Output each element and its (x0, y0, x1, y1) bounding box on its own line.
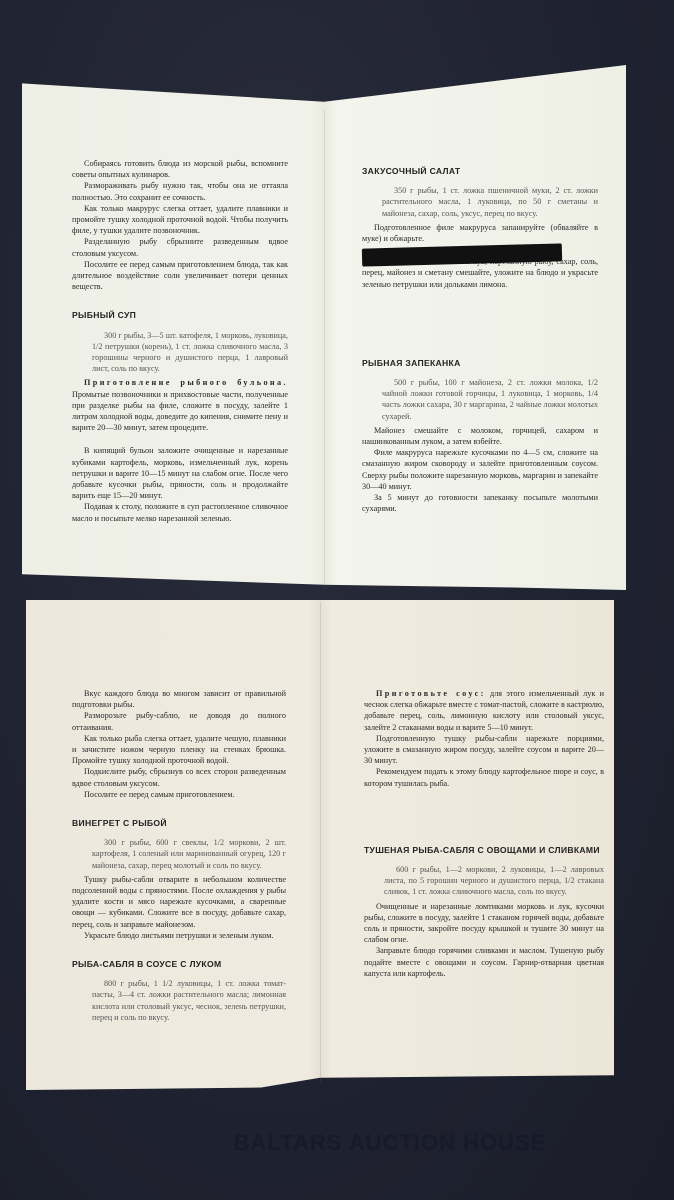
broth-text: Промытые позвоночники и прихвостовые час… (72, 390, 288, 433)
recipe-title: РЫБНАЯ ЗАПЕКАНКА (362, 358, 598, 369)
intro-paragraph: Посолите ее перед самым приготовлением. (72, 789, 286, 800)
recipe-title: ТУШЕНАЯ РЫБА-САБЛЯ С ОВОЩАМИ И СЛИВКАМИ (364, 845, 604, 856)
intro-paragraph: Посолите ее перед самым приготовлением б… (72, 259, 288, 293)
recipe-step: Заправьте блюдо горячими сливками и масл… (364, 945, 604, 979)
broth-heading: Приготовление рыбного бульона. (84, 378, 288, 387)
auction-house-watermark: BALTARS AUCTION HOUSE (190, 1130, 590, 1156)
intro-paragraph: Вкус каждого блюда во многом зависит от … (72, 688, 286, 710)
broth-instructions: Приготовление рыбного бульона. Промытые … (72, 377, 288, 433)
intro-paragraph: Собираясь готовить блюда из морской рыбы… (72, 158, 288, 180)
intro-paragraph: Как только макрурус слегка оттает, удали… (72, 203, 288, 237)
recipe-ingredients: 350 г рыбы, 1 ст. ложка пшеничной муки, … (362, 185, 598, 219)
intro-paragraph: Разделанную рыбу сбрызните разведенным в… (72, 236, 288, 258)
recipe-title: РЫБА-САБЛЯ В СОУСЕ С ЛУКОМ (72, 959, 286, 970)
recipe-step: Очищенные и нарезанные ломтиками морковь… (364, 901, 604, 946)
intro-paragraph: Размораживать рыбу нужно так, чтобы она … (72, 180, 288, 202)
recipe-ingredients: 800 г рыбы, 1 1/2 луковицы, 1 ст. ложка … (72, 978, 286, 1023)
intro-paragraph: Как только рыба слегка оттает, удалите ч… (72, 733, 286, 767)
recipe-title: ВИНЕГРЕТ С РЫБОЙ (72, 818, 286, 829)
recipe-step: Филе макруруса нарежьте кусочками по 4—5… (362, 447, 598, 492)
recipe-step: Украсьте блюдо листьями петрушки и зелен… (72, 930, 286, 941)
sauce-instructions: Приготовьте соус: для этого измельченный… (364, 688, 604, 733)
intro-paragraph: Разморозьте рыбу-саблю, не доводя до пол… (72, 710, 286, 732)
recipe-title: ЗАКУСОЧНЫЙ САЛАТ (362, 166, 598, 177)
recipe-ingredients: 300 г рыбы, 3—5 шт. катофеля, 1 морковь,… (72, 330, 288, 375)
recipe-step: Подготовленное филе макруруса запанируйт… (362, 222, 598, 244)
bottom-right-column: Приготовьте соус: для этого измельченный… (364, 688, 604, 979)
recipe-ingredients: 300 г рыбы, 600 г свеклы, 1/2 моркови, 2… (72, 837, 286, 871)
recipe-step: Майонез смешайте с молоком, горчицей, са… (362, 425, 598, 447)
intro-paragraph: Подкислите рыбу, сбрызнув со всех сторон… (72, 766, 286, 788)
top-right-column: ЗАКУСОЧНЫЙ САЛАТ 350 г рыбы, 1 ст. ложка… (362, 152, 598, 514)
recipe-step: Подавая к столу, положите в суп растопле… (72, 501, 288, 523)
recipe-step: Рекомендуем подать к этому блюду картофе… (364, 766, 604, 788)
recipe-ingredients: 600 г рыбы, 1—2 моркови, 2 луковицы, 1—2… (364, 864, 604, 898)
recipe-step: Тушку рыбы-сабли отварите в небольшом ко… (72, 874, 286, 930)
recipe-title: РЫБНЫЙ СУП (72, 310, 288, 321)
recipe-step: В кипящий бульон заложите очищенные и на… (72, 445, 288, 501)
bottom-sheet-fold-line (320, 602, 321, 1082)
bottom-left-column: Вкус каждого блюда во многом зависит от … (72, 688, 286, 1026)
sauce-heading: Приготовьте соус: (376, 689, 486, 698)
recipe-step: За 5 минут до готовности запеканку посып… (362, 492, 598, 514)
recipe-step: Подготовленную тушку рыбы-сабли нарежьте… (364, 733, 604, 767)
top-sheet-fold-line (324, 110, 325, 588)
top-left-column: Собираясь готовить блюда из морской рыбы… (72, 158, 288, 524)
recipe-ingredients: 500 г рыбы, 100 г майонеза, 2 ст. ложки … (362, 377, 598, 422)
